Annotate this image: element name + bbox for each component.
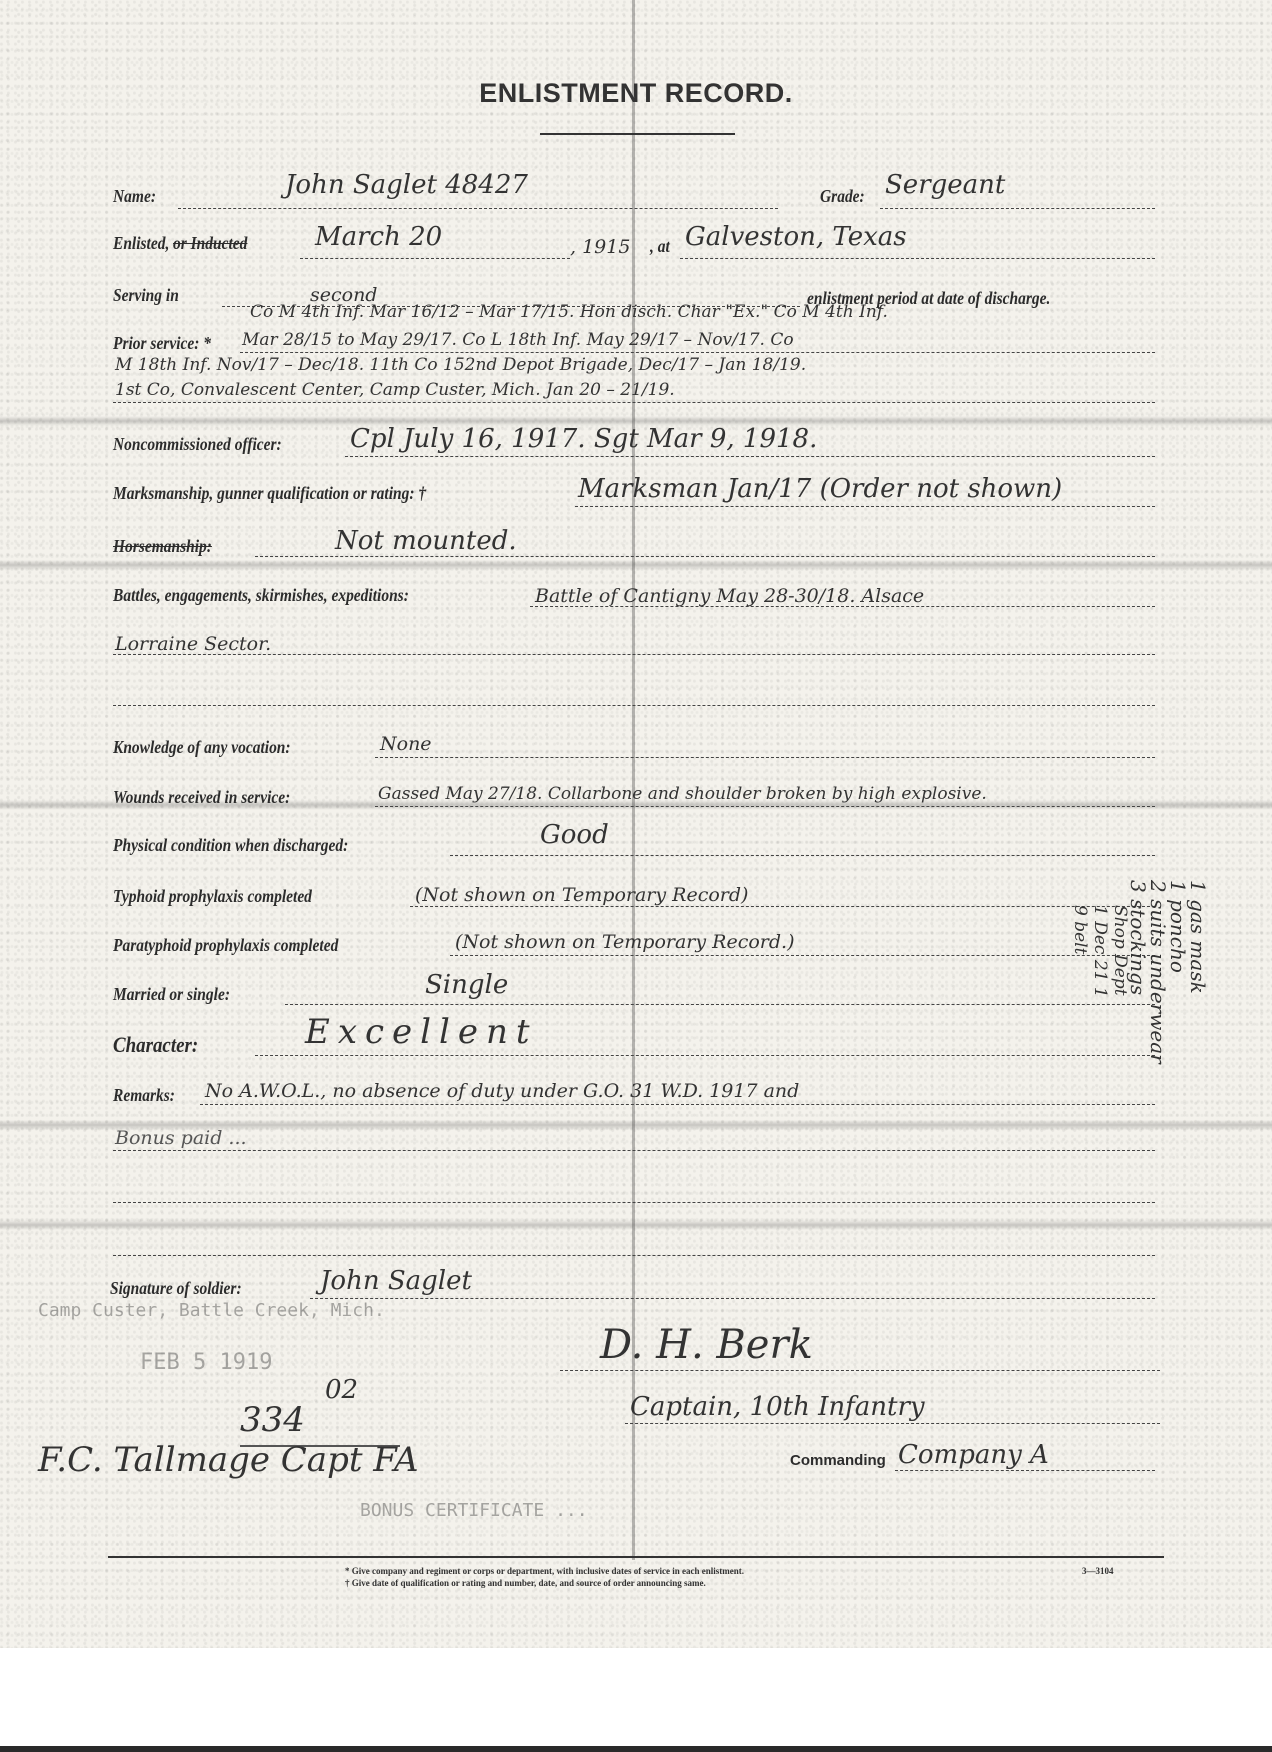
vocation-value: None: [380, 733, 432, 755]
enlisted-at-label: , at: [650, 236, 670, 257]
grade-value: Sergeant: [885, 170, 1005, 200]
character-label: Character:: [113, 1032, 198, 1058]
prior-service-line: Co M 4th Inf. Mar 16/12 – Mar 17/15. Hon…: [250, 302, 888, 322]
marital-value: Single: [425, 970, 508, 1000]
officer-signature-line: [560, 1370, 1160, 1371]
typhoid-line: [410, 906, 1155, 907]
officer-title: Captain, 10th Infantry: [630, 1392, 925, 1422]
enlisted-label: Enlisted, or Inducted: [113, 233, 259, 254]
officer-title-line: [625, 1423, 1160, 1424]
marksmanship-value: Marksman Jan/17 (Order not shown): [578, 474, 1062, 504]
margin-note: Shop Dept: [1110, 905, 1130, 996]
physical-value: Good: [540, 820, 609, 850]
physical-label: Physical condition when discharged:: [113, 835, 348, 856]
character-value: Excellent: [305, 1012, 538, 1052]
margin-note: 9 belt: [1070, 905, 1090, 954]
horsemanship-value: Not mounted.: [335, 526, 517, 556]
serving-label: Serving in: [113, 285, 179, 306]
form-number: 3—3104: [1082, 1566, 1114, 1576]
horsemanship-label: Horsemanship:: [113, 536, 212, 557]
paratyphoid-line: [450, 955, 1155, 956]
name-line: [178, 208, 778, 209]
battles-label: Battles, engagements, skirmishes, expedi…: [113, 585, 409, 606]
prior-service-line: 1st Co, Convalescent Center, Camp Custer…: [115, 380, 675, 400]
remarks-value: Bonus paid ...: [115, 1127, 247, 1149]
name-value: John Saglet 48427: [285, 170, 528, 200]
grade-label: Grade:: [820, 186, 865, 207]
grade-line: [880, 208, 1155, 209]
typhoid-value: (Not shown on Temporary Record): [415, 884, 748, 906]
remarks-value: No A.W.O.L., no absence of duty under G.…: [205, 1080, 799, 1102]
soldier-signature: John Saglet: [320, 1266, 472, 1296]
enlisted-place-line: [680, 258, 1155, 259]
scan-edge: [0, 1746, 1272, 1752]
horsemanship-line: [255, 556, 1155, 557]
remarks-line: [113, 1150, 1155, 1151]
battles-value: Lorraine Sector.: [115, 633, 271, 655]
enlisted-year: , 1915: [570, 236, 630, 258]
enlisted-place: Galveston, Texas: [685, 222, 907, 252]
marksmanship-label: Marksmanship, gunner qualification or ra…: [113, 483, 426, 504]
paid-by-signature: F.C. Tallmage Capt FA: [38, 1440, 419, 1480]
nco-value: Cpl July 16, 1917. Sgt Mar 9, 1918.: [350, 424, 817, 454]
name-label: Name:: [113, 186, 156, 207]
payment-cents: 02: [325, 1375, 358, 1405]
fold-crease: [0, 1220, 1272, 1230]
character-line: [255, 1055, 1155, 1056]
remarks-label: Remarks:: [113, 1085, 175, 1106]
prior-service-line: Mar 28/15 to May 29/17. Co L 18th Inf. M…: [242, 330, 794, 350]
typhoid-label: Typhoid prophylaxis completed: [113, 886, 312, 907]
battles-value: Battle of Cantigny May 28-30/18. Alsace: [535, 585, 924, 607]
fold-crease: [0, 560, 1272, 570]
enlisted-date: March 20: [315, 222, 442, 252]
physical-line: [450, 855, 1155, 856]
soldier-signature-line: [310, 1298, 1155, 1299]
marital-label: Married or single:: [113, 984, 230, 1005]
paratyphoid-label: Paratyphoid prophylaxis completed: [113, 935, 338, 956]
nco-line: [345, 456, 1155, 457]
remarks-line: [113, 1202, 1155, 1203]
battles-line: [113, 705, 1155, 706]
vocation-label: Knowledge of any vocation:: [113, 737, 291, 758]
soldier-signature-label: Signature of soldier:: [110, 1278, 242, 1299]
prior-service-rule: [113, 402, 1155, 403]
footnote: * Give company and regiment or corps or …: [345, 1566, 744, 1576]
vocation-line: [375, 757, 1155, 758]
document-page: ENLISTMENT RECORD. Name: John Saglet 484…: [0, 0, 1272, 1648]
remarks-line: [113, 1255, 1155, 1256]
paratyphoid-value: (Not shown on Temporary Record.): [455, 931, 795, 953]
officer-signature: D. H. Berk: [600, 1322, 813, 1368]
title-underline: [540, 133, 735, 135]
commanding-line: [895, 1470, 1155, 1471]
prior-service-label: Prior service: *: [113, 333, 211, 354]
wounds-value: Gassed May 27/18. Collarbone and shoulde…: [378, 784, 987, 804]
commanding-value: Company A: [898, 1440, 1049, 1470]
footer-rule: [108, 1556, 1164, 1558]
prior-service-line: M 18th Inf. Nov/17 – Dec/18. 11th Co 152…: [115, 355, 806, 375]
payment-amount: 334: [240, 1400, 305, 1440]
remarks-line: [200, 1104, 1155, 1105]
inducted-struck: or Inducted: [173, 233, 247, 254]
date-stamp: FEB 5 1919: [140, 1350, 272, 1375]
margin-note: 1 Dec 21 1: [1090, 905, 1110, 998]
bonus-stamp: BONUS CERTIFICATE ...: [360, 1500, 588, 1521]
nco-label: Noncommissioned officer:: [113, 434, 282, 455]
marksmanship-line: [575, 506, 1155, 507]
wounds-line: [375, 806, 1155, 807]
document-title: ENLISTMENT RECORD.: [0, 78, 1272, 109]
wounds-label: Wounds received in service:: [113, 787, 290, 808]
camp-stamp: Camp Custer, Battle Creek, Mich.: [38, 1300, 385, 1321]
commanding-label: Commanding: [790, 1452, 886, 1469]
marital-line: [285, 1004, 1155, 1005]
enlisted-date-line: [300, 258, 570, 259]
footnote: † Give date of qualification or rating a…: [345, 1578, 706, 1588]
prior-service-rule: [240, 352, 1155, 353]
